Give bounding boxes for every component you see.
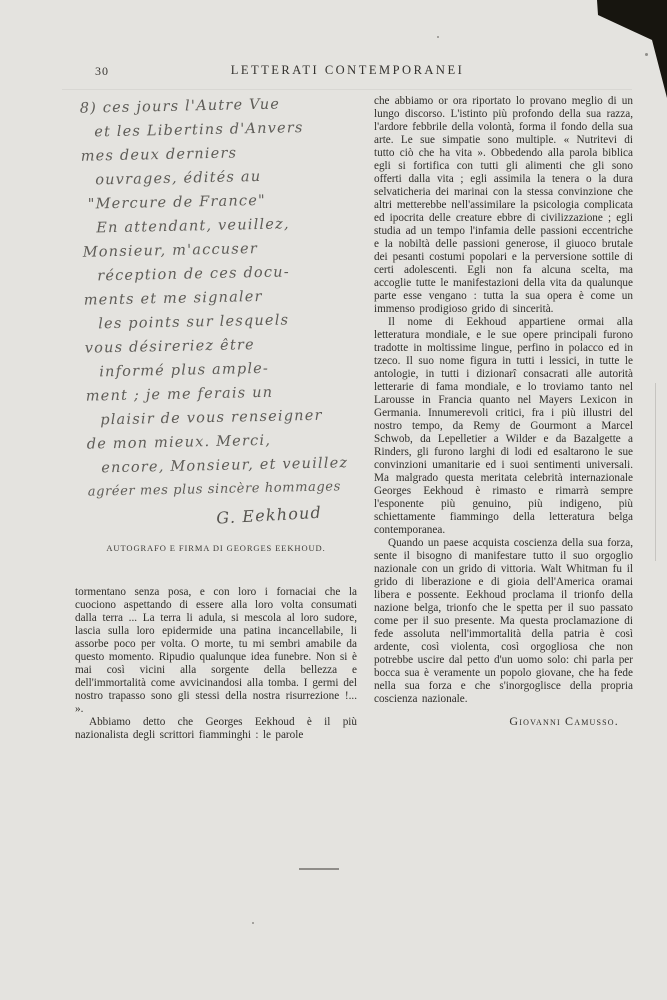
left-column: tormentano senza posa, e con loro i forn… (75, 586, 357, 742)
header-rule (62, 89, 632, 90)
running-head-title: LETTERATI CONTEMPORANEI (65, 63, 630, 78)
scanned-book-page: 30 LETTERATI CONTEMPORANEI 8) ces jours … (0, 0, 667, 1000)
handwritten-signature: G. Eekhoud (216, 498, 367, 530)
section-separator-rule (299, 868, 339, 870)
paragraph: che abbiamo or ora riportato lo provano … (374, 95, 633, 316)
scan-speck (437, 36, 439, 38)
scan-corner-shadow (595, 0, 667, 98)
figure-caption: AUTOGRAFO E FIRMA DI GEORGES EEKHOUD. (75, 543, 357, 553)
scan-speck (645, 53, 648, 56)
paragraph: Abbiamo detto che Georges Eekhoud è il p… (75, 716, 357, 742)
scan-artifact-line (655, 383, 656, 561)
right-column: che abbiamo or ora riportato lo provano … (374, 95, 633, 729)
scan-speck (252, 922, 254, 924)
handwritten-letter: 8) ces jours l'Autre Vue et les Libertin… (57, 91, 366, 531)
author-byline: Giovanni Camusso. (374, 714, 633, 729)
paragraph: tormentano senza posa, e con loro i forn… (75, 586, 357, 716)
paragraph: Quando un paese acquista coscienza della… (374, 537, 633, 706)
paragraph: Il nome di Eekhoud appartiene ormai alla… (374, 316, 633, 537)
